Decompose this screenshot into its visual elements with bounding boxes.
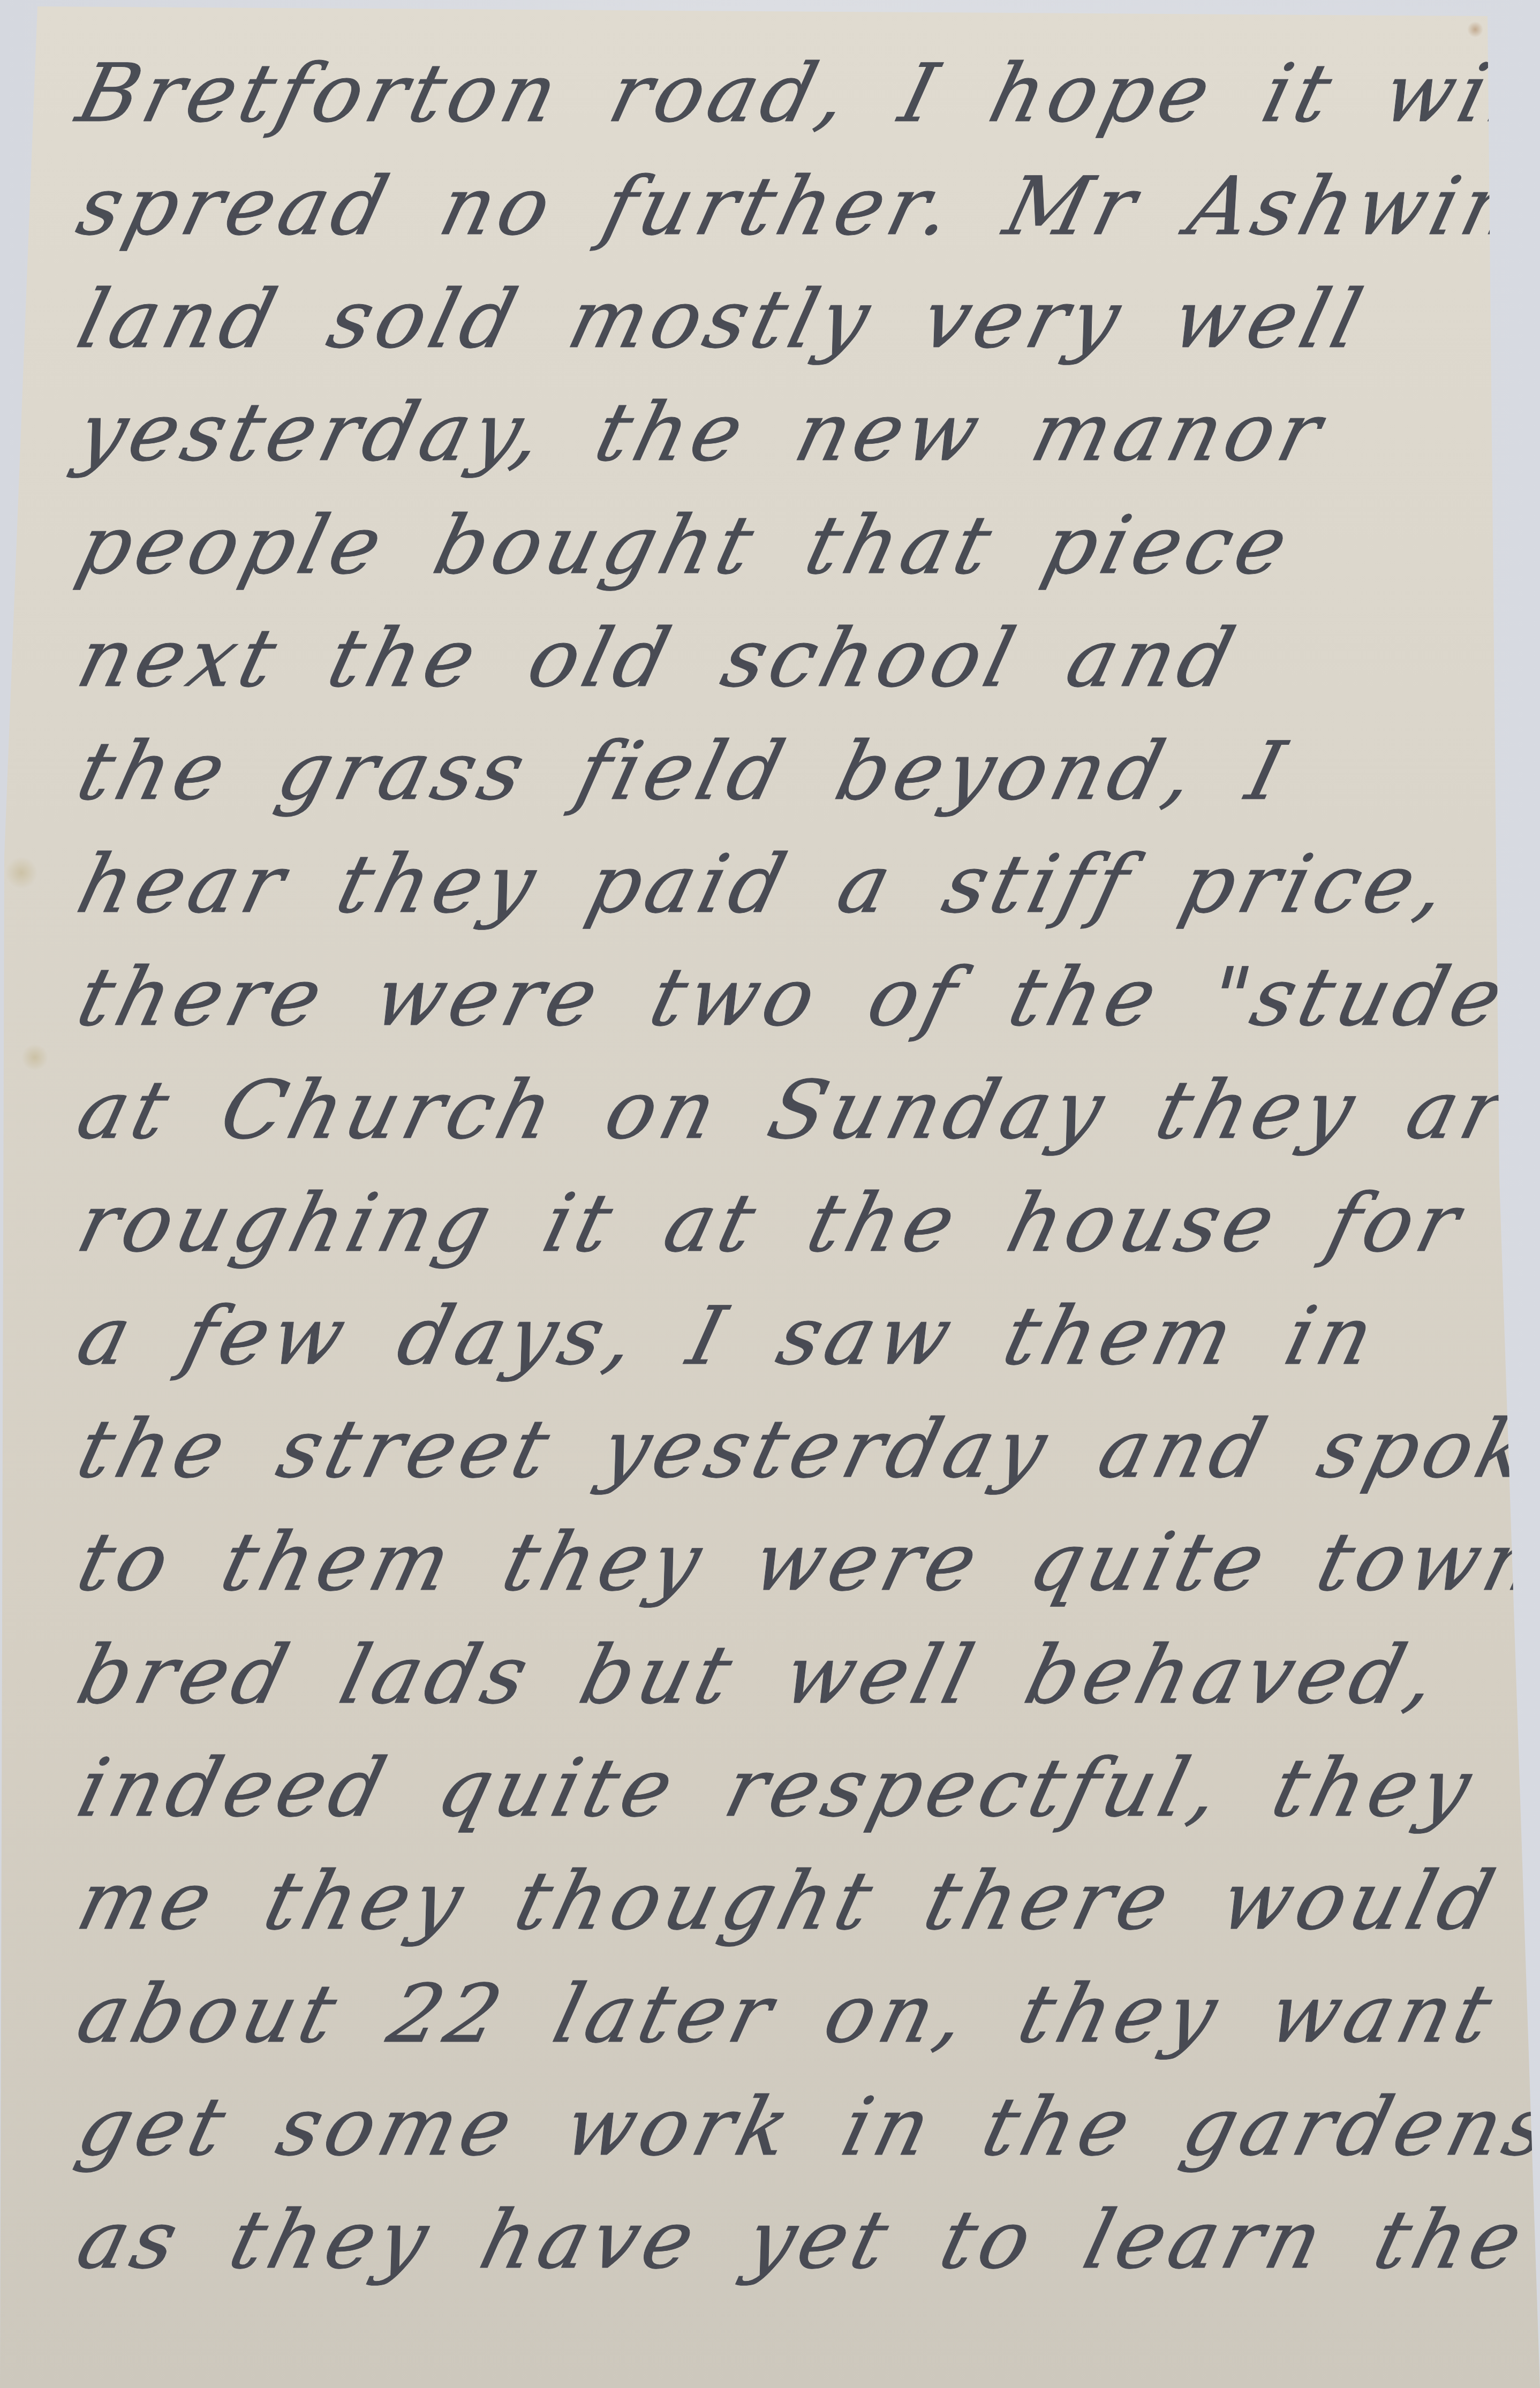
text-line: people bought that piece bbox=[66, 489, 1508, 602]
text-line: indeed quite respectful, they told bbox=[66, 1732, 1508, 1845]
text-line: yesterday, the new manor bbox=[66, 376, 1508, 489]
text-line: spread no further. Mr Ashwin's bbox=[66, 150, 1508, 263]
text-line: the street yesterday and spoke bbox=[66, 1393, 1508, 1506]
paper-stain bbox=[5, 857, 37, 889]
text-line: land sold mostly very well bbox=[66, 263, 1508, 376]
text-line: Bretforton road, I hope it will bbox=[66, 37, 1508, 150]
letter-paper: Bretforton road, I hope it will spread n… bbox=[0, 0, 1540, 2388]
text-line: hear they paid a stiff price, bbox=[66, 828, 1508, 941]
text-line: me they thought there would be bbox=[66, 1845, 1508, 1958]
text-line: to them they were quite town bbox=[66, 1506, 1508, 1619]
text-line: a few days, I saw them in bbox=[66, 1280, 1508, 1393]
text-line: at Church on Sunday they are bbox=[66, 1054, 1508, 1167]
text-line: roughing it at the house for bbox=[66, 1167, 1508, 1280]
text-line: get some work in the gardens bbox=[66, 2071, 1508, 2184]
text-line: next the old school and bbox=[66, 602, 1508, 715]
text-line: bred lads but well behaved, bbox=[66, 1619, 1508, 1732]
handwritten-text-block: Bretforton road, I hope it will spread n… bbox=[80, 37, 1494, 2297]
text-line: about 22 later on, they want to bbox=[66, 1958, 1508, 2071]
text-line: the grass field beyond, I bbox=[66, 715, 1508, 828]
text-line: as they have yet to learn the bbox=[66, 2184, 1508, 2297]
text-line: there were two of the "students" bbox=[66, 941, 1508, 1054]
paper-stain bbox=[21, 1044, 48, 1071]
